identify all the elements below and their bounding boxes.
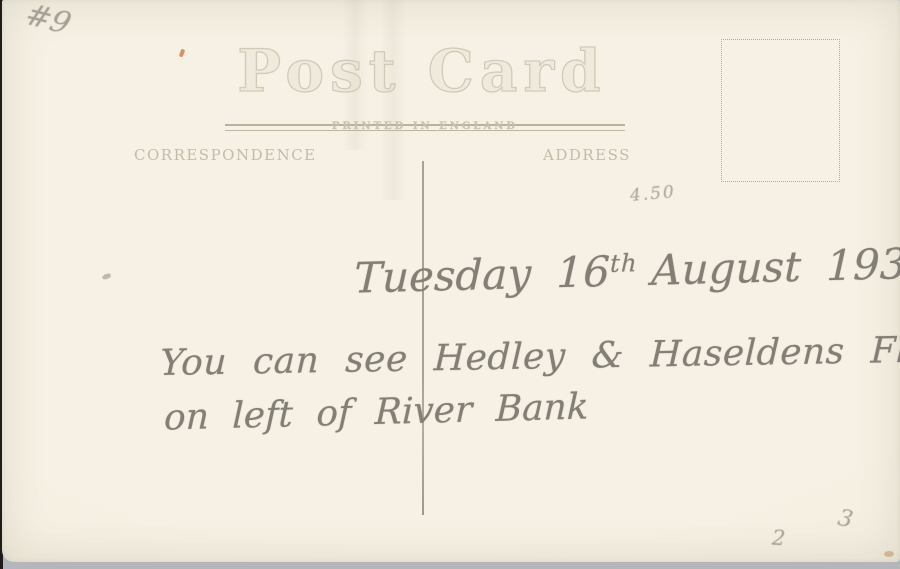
postcard-title: Post Card	[227, 40, 617, 104]
address-label: ADDRESS	[543, 146, 631, 164]
handwritten-date-month-year: August 1938	[651, 238, 900, 294]
stain-speck	[884, 551, 894, 557]
corner-pencil-mark: #9	[21, 0, 76, 41]
ink-speck	[179, 49, 185, 58]
stamp-box	[721, 39, 840, 182]
printed-in-england-imprint: PRINTED IN ENGLAND	[225, 121, 625, 132]
handwritten-date-day: Tuesday 16	[353, 247, 610, 303]
header-rule: PRINTED IN ENGLAND	[225, 124, 625, 134]
faint-pencil-mark-left: 2	[771, 526, 786, 551]
faint-pencil-mark-right: 3	[835, 505, 855, 533]
handwritten-date: Tuesday 16thAugust 1938	[353, 238, 900, 302]
price-pencil-mark: 4.50	[629, 182, 676, 206]
handwritten-message-line-1: You can see Hedley & Haseldens Flats	[159, 329, 900, 384]
postcard-back: #9 Post Card PRINTED IN ENGLAND CORRESPO…	[2, 0, 900, 562]
handwritten-message-line-2: on left of River Bank	[164, 386, 590, 438]
correspondence-label: CORRESPONDENCE	[134, 146, 317, 164]
handwritten-date-ordinal: th	[610, 248, 638, 278]
small-pencil-tick	[101, 273, 111, 281]
